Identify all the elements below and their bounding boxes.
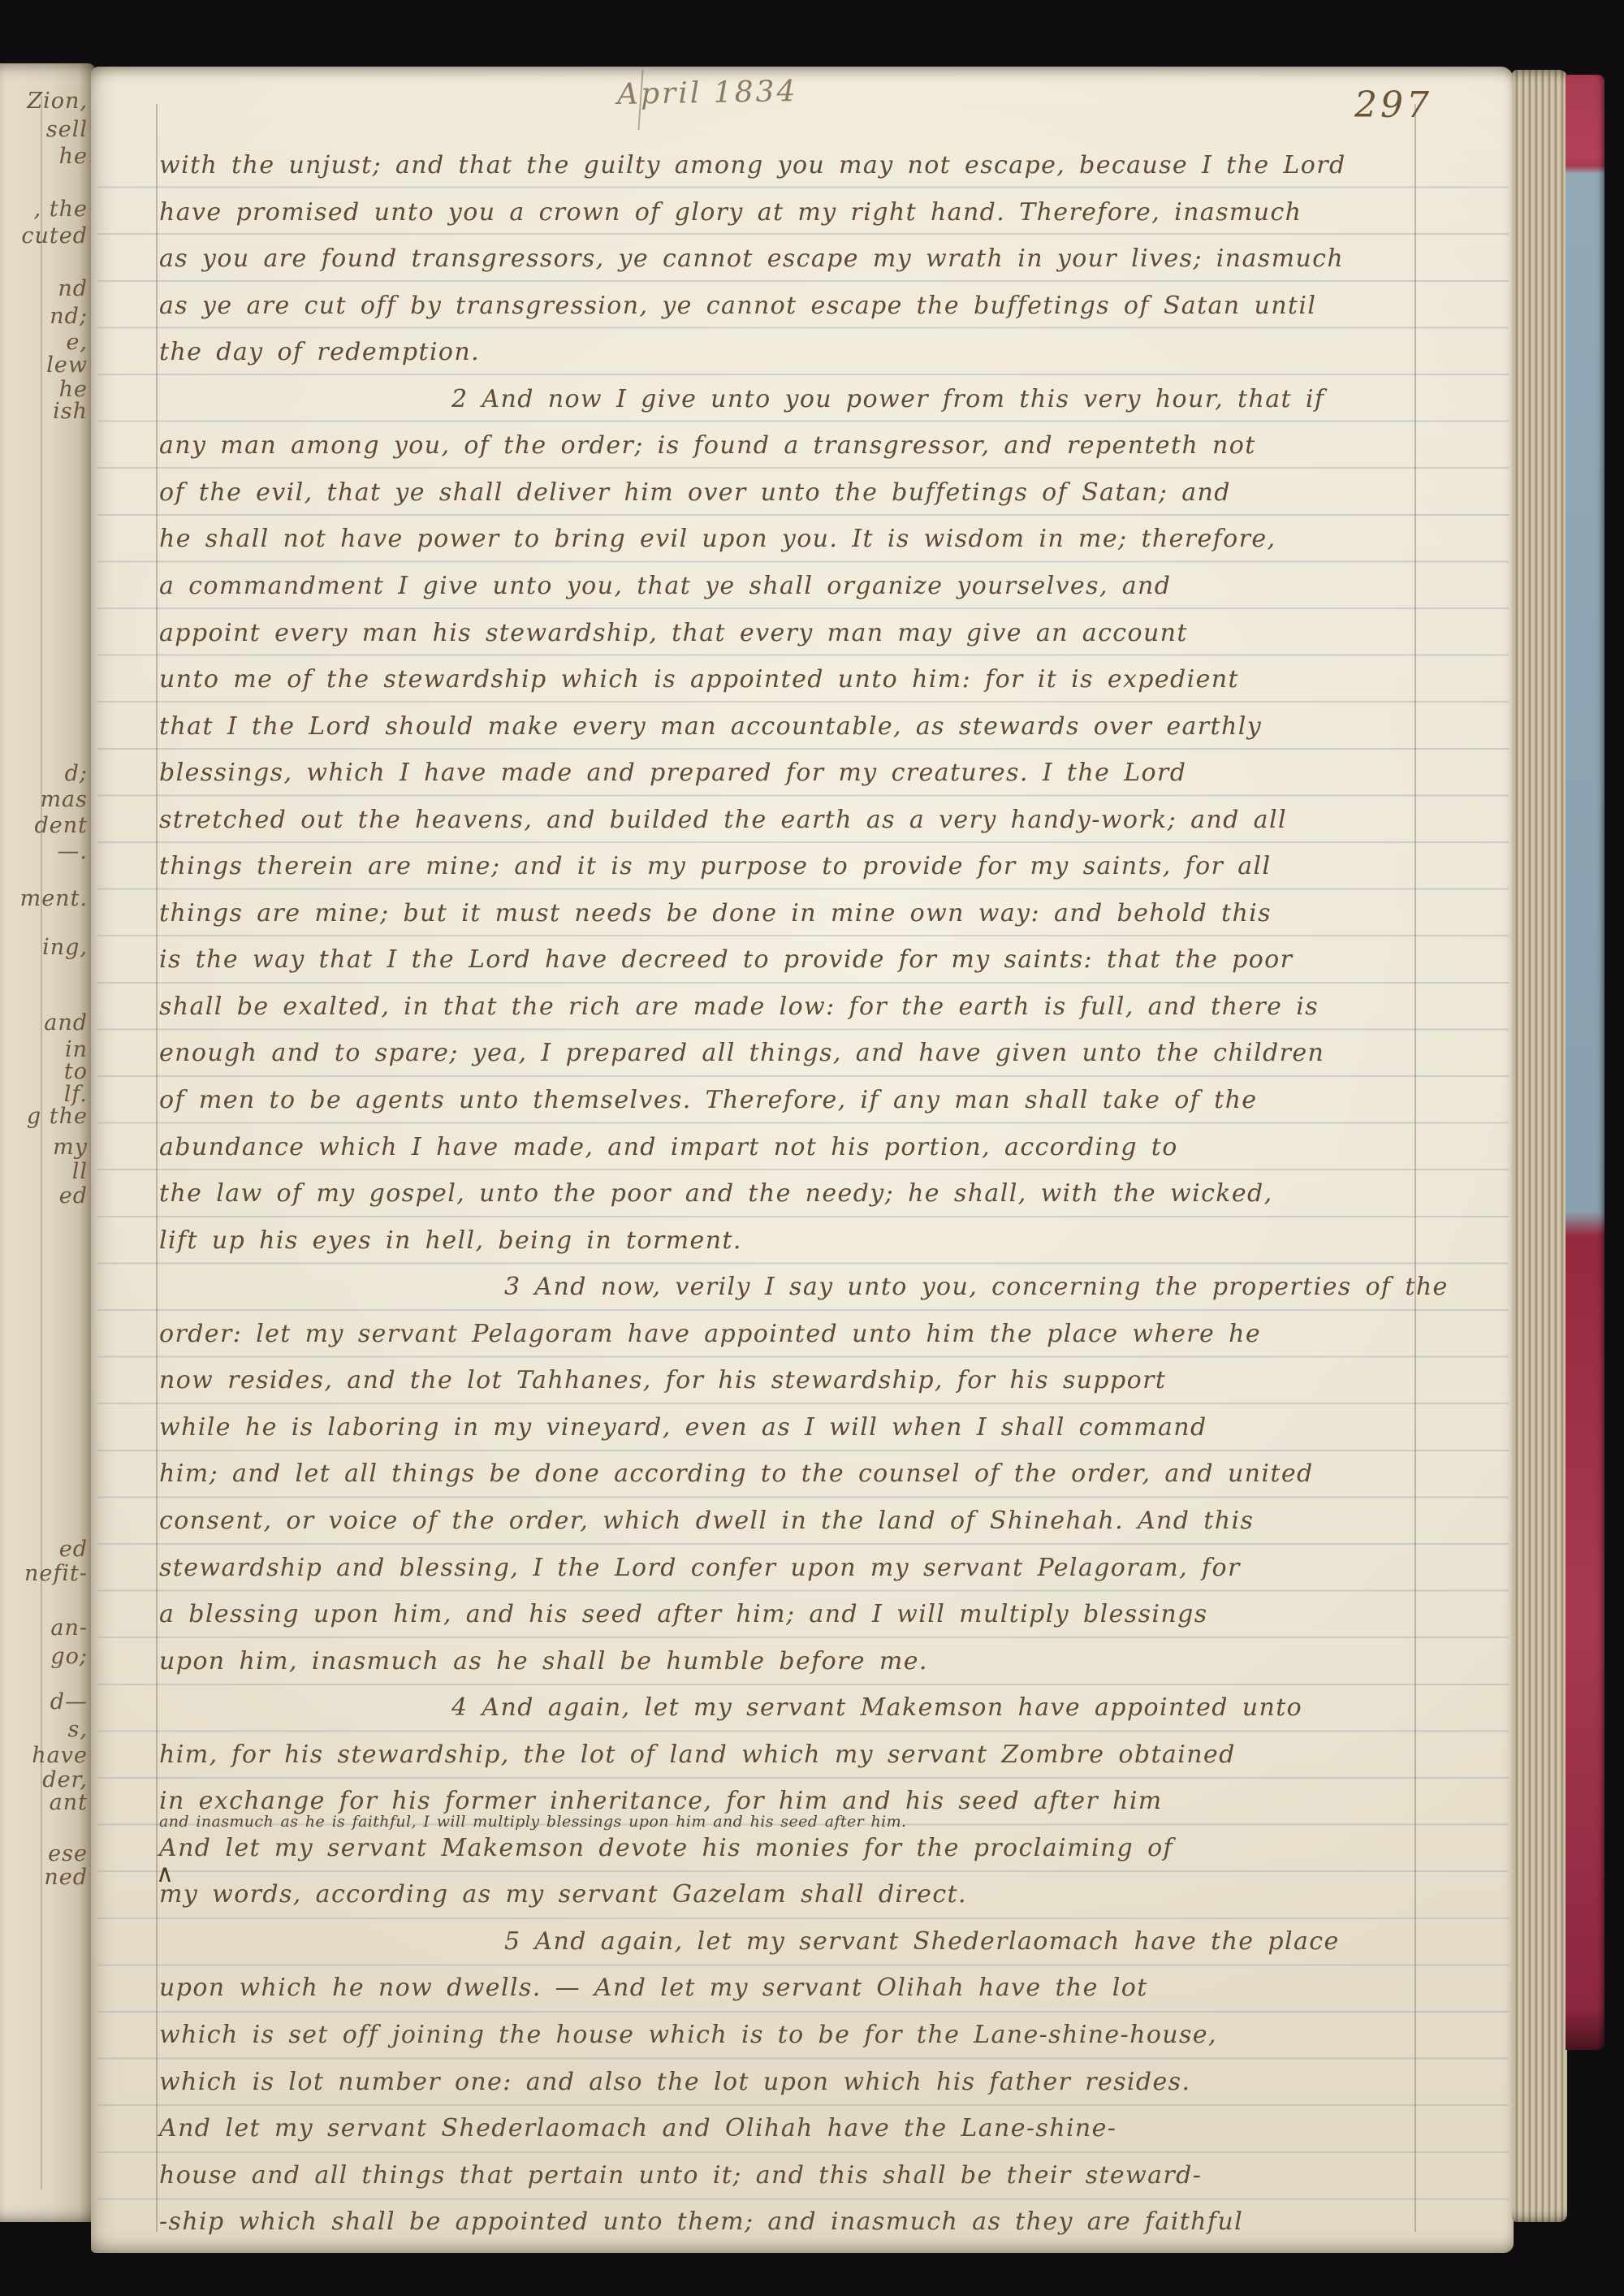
manuscript-line: order: let my servant Pelagoram have app… <box>159 1320 1261 1348</box>
manuscript-line: is the way that I the Lord have decreed … <box>159 945 1293 974</box>
manuscript-line: of men to be agents unto themselves. The… <box>159 1086 1257 1114</box>
fragment-text: mas <box>40 787 88 812</box>
manuscript-line: in exchange for his former inheritance, … <box>159 1787 1163 1815</box>
manuscript-line: with the unjust; and that the guilty amo… <box>159 151 1346 179</box>
manuscript-line: stretched out the heavens, and builded t… <box>159 806 1287 834</box>
manuscript-line: lift up his eyes in hell, being in torme… <box>159 1226 742 1255</box>
fragment-text: have <box>32 1743 88 1768</box>
fragment-text: he <box>59 144 88 169</box>
fragment-text: Zion, <box>27 89 88 114</box>
fragment-text: der, <box>42 1767 88 1792</box>
fragment-text: d— <box>50 1689 88 1714</box>
fragment-text: my <box>53 1135 88 1160</box>
facing-page-margin-rule <box>41 96 42 2190</box>
photo-of-manuscript: Zion,sellhe, thecutedndnd;e,lewheishd;ma… <box>0 0 1624 2296</box>
fragment-text: e, <box>66 330 88 355</box>
fragment-text: , the <box>34 197 88 222</box>
fragment-text: —. <box>57 839 88 864</box>
manuscript-line: now resides, and the lot Tahhanes, for h… <box>159 1366 1166 1394</box>
manuscript-line: that I the Lord should make every man ac… <box>159 712 1262 741</box>
manuscript-line: 2 And now I give unto you power from thi… <box>451 385 1324 413</box>
page-fore-edges <box>1512 70 1567 2222</box>
manuscript-line: consent, or voice of the order, which dw… <box>159 1507 1254 1535</box>
manuscript-line: which is lot number one: and also the lo… <box>159 2068 1190 2096</box>
facing-page-edge: Zion,sellhe, thecutedndnd;e,lewheishd;ma… <box>0 63 96 2222</box>
fragment-text: ed <box>59 1183 88 1209</box>
manuscript-line: 4 And again, let my servant Makemson hav… <box>451 1693 1302 1722</box>
manuscript-line: appoint every man his stewardship, that … <box>159 619 1188 647</box>
manuscript-line: a commandment I give unto you, that ye s… <box>159 572 1171 600</box>
manuscript-line: the law of my gospel, unto the poor and … <box>159 1179 1273 1208</box>
manuscript-line: which is set off joining the house which… <box>159 2021 1217 2049</box>
manuscript-line: he shall not have power to bring evil up… <box>159 525 1276 553</box>
fragment-text: cuted <box>21 223 88 249</box>
manuscript-line: 3 And now, verily I say unto you, concer… <box>504 1273 1449 1301</box>
fragment-text: ed <box>59 1537 88 1562</box>
manuscript-line: abundance which I have made, and impart … <box>159 1133 1178 1161</box>
manuscript-line: things therein are mine; and it is my pu… <box>159 852 1272 880</box>
fragment-text: ish <box>53 399 88 424</box>
fragment-text: and <box>44 1010 88 1036</box>
manuscript-line: him, for his stewardship, the lot of lan… <box>159 1740 1236 1769</box>
fragment-text: nd <box>58 276 88 301</box>
manuscript-line: my words, according as my servant Gazela… <box>159 1880 967 1909</box>
fragment-text: ant <box>50 1790 88 1815</box>
fragment-text: ment. <box>20 886 88 911</box>
manuscript-line: unto me of the stewardship which is appo… <box>159 665 1239 694</box>
manuscript-line: as ye are cut off by transgression, ye c… <box>159 292 1316 320</box>
manuscript-line: have promised unto you a crown of glory … <box>159 198 1302 227</box>
manuscript-line: as you are found transgressors, ye canno… <box>159 244 1344 273</box>
manuscript-line: -ship which shall be appointed unto them… <box>159 2207 1243 2236</box>
manuscript-line: blessings, which I have made and prepare… <box>159 759 1186 787</box>
interlinear-insertion: and inasmuch as he is faithful, I will m… <box>159 1813 906 1831</box>
manuscript-line: upon him, inasmuch as he shall be humble… <box>159 1647 928 1676</box>
manuscript-line: things are mine; but it must needs be do… <box>159 899 1272 927</box>
manuscript-line: And let my servant Shederlaomach and Oli… <box>159 2114 1116 2143</box>
manuscript-line: of the evil, that ye shall deliver him o… <box>159 478 1231 507</box>
manuscript-line: a blessing upon him, and his seed after … <box>159 1600 1208 1628</box>
manuscript-line: any man among you, of the order; is foun… <box>159 431 1256 460</box>
manuscript-line: And let my servant Makemson devote his m… <box>159 1834 1173 1862</box>
fragment-text: ned <box>44 1865 88 1890</box>
manuscript-line: enough and to spare; yea, I prepared all… <box>159 1039 1324 1067</box>
fragment-text: s, <box>68 1717 88 1742</box>
manuscript-line: upon which he now dwells. — And let my s… <box>159 1974 1148 2002</box>
fragment-text: go; <box>50 1644 88 1669</box>
manuscript-line: him; and let all things be done accordin… <box>159 1459 1314 1488</box>
fragment-text: ese <box>48 1841 88 1866</box>
fragment-text: dent <box>34 813 88 838</box>
book-cover-edge <box>1566 75 1605 2050</box>
caret-mark: ∧ <box>156 1860 174 1888</box>
fragment-text: sell <box>46 117 88 142</box>
fragment-text: ing, <box>42 935 88 960</box>
manuscript-line: shall be exalted, in that the rich are m… <box>159 992 1319 1021</box>
manuscript-line: while he is laboring in my vineyard, eve… <box>159 1413 1207 1442</box>
fragment-text: to <box>64 1059 88 1084</box>
fragment-text: nefit- <box>24 1561 88 1586</box>
fragment-text: ll <box>72 1159 88 1184</box>
manuscript-text: with the unjust; and that the guilty amo… <box>91 67 1514 2253</box>
fragment-text: an- <box>50 1615 88 1641</box>
fragment-text: g the <box>27 1104 88 1129</box>
fragment-text: d; <box>65 761 88 786</box>
manuscript-line: house and all things that pertain unto i… <box>159 2161 1202 2190</box>
manuscript-line: the day of redemption. <box>159 338 480 366</box>
fragment-text: nd; <box>50 304 88 329</box>
manuscript-line: 5 And again, let my servant Shederlaomac… <box>504 1927 1340 1956</box>
manuscript-line: stewardship and blessing, I the Lord con… <box>159 1554 1241 1582</box>
fragment-text: lew <box>46 352 88 378</box>
manuscript-page: April 1834 297 with the unjust; and that… <box>91 67 1514 2253</box>
